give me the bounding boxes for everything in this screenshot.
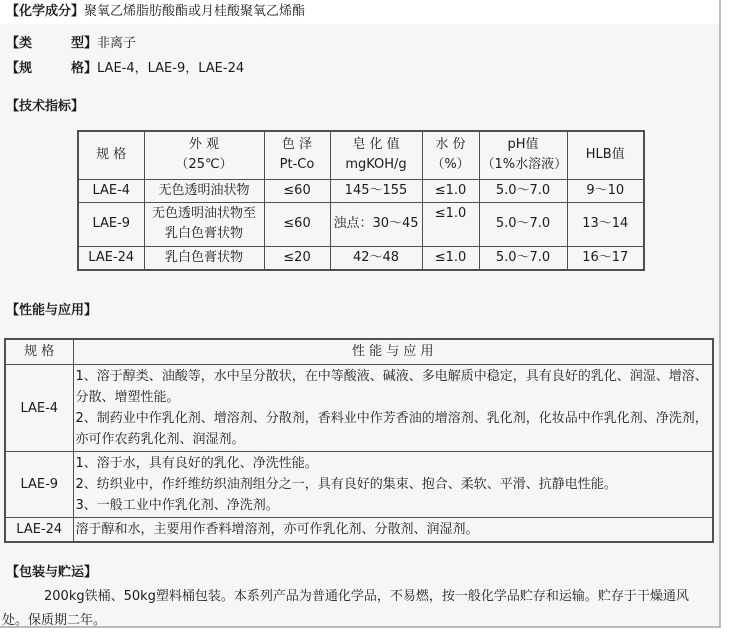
field-chemical-composition: 【化学成分】聚氧乙烯脂肪酸酯或月桂酸聚氧乙烯酯 <box>0 0 719 24</box>
performance-line: 2、纺织业中，作纤维纺织油剂组分之一，具有良好的集束、抱合、柔软、平滑、抗静电性… <box>76 474 711 495</box>
table-cell: 5.0～7.0 <box>479 179 567 202</box>
section-heading-tech-specs: 【技术指标】 <box>0 94 719 119</box>
table-row: LAE-24 溶于醇和水，主要用作香料增溶剂，亦可作乳化剂、分散剂、润湿剂。 <box>5 518 713 543</box>
table-header-cell: 规 格 <box>5 339 73 365</box>
table-cell: ≤20 <box>264 246 330 270</box>
table-cell: 145～155 <box>330 179 422 202</box>
table-cell: ≤1.0 <box>422 246 479 270</box>
table-cell: 9～10 <box>567 179 644 202</box>
table-row: LAE-24 乳白色膏状物 ≤20 42～48 ≤1.0 5.0～7.0 16～… <box>78 246 644 270</box>
spec-cell: LAE-4 <box>5 365 73 452</box>
table-cell: 13～14 <box>567 202 644 246</box>
table-header-cell: HLB值 <box>567 131 644 179</box>
field-value: LAE-4，LAE-9，LAE-24 <box>97 61 244 76</box>
packaging-paragraph: 200kg铁桶、50kg塑料桶包装。本系列产品为普通化学品，不易燃，按一般化学品… <box>0 585 719 633</box>
performance-cell: 1、溶于醇类、油酸等，水中呈分散状，在中等酸液、碱液、多电解质中稳定，具有良好的… <box>73 365 713 452</box>
table-header-cell: 色 泽Pt-Co <box>264 131 330 179</box>
section-heading-packaging: 【包装与贮运】 <box>0 560 719 585</box>
table-cell: 无色透明油状物 <box>144 179 264 202</box>
table-row: LAE-9 1、溶于水，具有良好的乳化、净洗性能。 2、纺织业中，作纤维纺织油剂… <box>5 452 713 518</box>
performance-line: 1、溶于醇类、油酸等，水中呈分散状，在中等酸液、碱液、多电解质中稳定，具有良好的… <box>76 366 711 408</box>
table-header-cell: 规 格 <box>78 131 144 179</box>
performance-table: 规 格 性 能 与 应 用 LAE-4 1、溶于醇类、油酸等，水中呈分散状，在中… <box>4 338 714 544</box>
field-type: 【类 型】非离子 <box>0 31 719 56</box>
field-specification: 【规 格】LAE-4，LAE-9，LAE-24 <box>0 56 719 81</box>
performance-cell: 溶于醇和水，主要用作香料增溶剂，亦可作乳化剂、分散剂、润湿剂。 <box>73 518 713 543</box>
performance-cell: 1、溶于水，具有良好的乳化、净洗性能。 2、纺织业中，作纤维纺织油剂组分之一，具… <box>73 452 713 518</box>
table-cell: 42～48 <box>330 246 422 270</box>
table-cell: 16～17 <box>567 246 644 270</box>
table-cell: LAE-4 <box>78 179 144 202</box>
spec-cell: LAE-24 <box>5 518 73 543</box>
table-header-cell: 外 观（25℃） <box>144 131 264 179</box>
table-header-row: 规 格 性 能 与 应 用 <box>5 339 713 365</box>
section-heading-performance: 【性能与应用】 <box>0 298 719 323</box>
table-header-cell: 水 份（%） <box>422 131 479 179</box>
field-label: 【化学成分】 <box>6 4 84 19</box>
table-cell: 5.0～7.0 <box>479 246 567 270</box>
table-row: LAE-4 1、溶于醇类、油酸等，水中呈分散状，在中等酸液、碱液、多电解质中稳定… <box>5 365 713 452</box>
performance-line: 溶于醇和水，主要用作香料增溶剂，亦可作乳化剂、分散剂、润湿剂。 <box>76 519 711 540</box>
performance-line: 1、溶于水，具有良好的乳化、净洗性能。 <box>76 453 711 474</box>
field-label: 【类 型】 <box>6 36 97 51</box>
table-cell: LAE-9 <box>78 202 144 246</box>
content-panel: 【化学成分】聚氧乙烯脂肪酸酯或月桂酸聚氧乙烯酯 【类 型】非离子 【规 格】LA… <box>0 0 721 628</box>
field-value: 非离子 <box>97 36 136 51</box>
table-cell: 5.0～7.0 <box>479 202 567 246</box>
performance-line: 2、制药业中作乳化剂、增溶剂、分散剂，香料业中作芳香油的增溶剂、乳化剂，化妆品中… <box>76 408 711 450</box>
table-row: LAE-9 无色透明油状物至乳白色膏状物 ≤60 浊点：30～45 ≤1.0 5… <box>78 202 644 246</box>
table-cell: ≤1.0 <box>422 202 479 246</box>
table-header-row: 规 格 外 观（25℃） 色 泽Pt-Co 皂 化 值mgKOH/g 水 份（%… <box>78 131 644 179</box>
field-label: 【规 格】 <box>6 61 97 76</box>
table-cell: 乳白色膏状物 <box>144 246 264 270</box>
table-row: LAE-4 无色透明油状物 ≤60 145～155 ≤1.0 5.0～7.0 9… <box>78 179 644 202</box>
spec-cell: LAE-9 <box>5 452 73 518</box>
performance-line: 3、一般工业中作乳化剂、净洗剂。 <box>76 495 711 516</box>
field-value: 聚氧乙烯脂肪酸酯或月桂酸聚氧乙烯酯 <box>84 4 305 19</box>
tech-specs-table: 规 格 外 观（25℃） 色 泽Pt-Co 皂 化 值mgKOH/g 水 份（%… <box>77 130 645 271</box>
table-header-cell: 性 能 与 应 用 <box>73 339 713 365</box>
table-cell: ≤60 <box>264 179 330 202</box>
table-header-cell: pH值（1%水溶液） <box>479 131 567 179</box>
table-cell: 无色透明油状物至乳白色膏状物 <box>144 202 264 246</box>
table-cell: ≤60 <box>264 202 330 246</box>
page-body: 【类 型】非离子 【规 格】LAE-4，LAE-9，LAE-24 【技术指标】 … <box>0 24 719 626</box>
table-cell: LAE-24 <box>78 246 144 270</box>
table-cell: ≤1.0 <box>422 179 479 202</box>
table-header-cell: 皂 化 值mgKOH/g <box>330 131 422 179</box>
table-cell: 浊点：30～45 <box>330 202 422 246</box>
